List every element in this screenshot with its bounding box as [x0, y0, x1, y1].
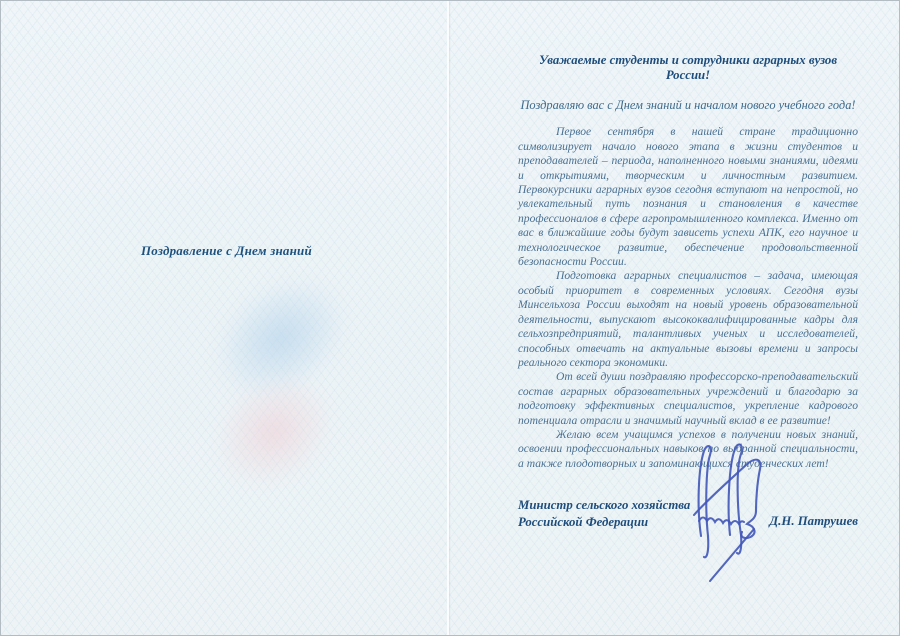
letter-paragraph: От всей души поздравляю профессорско-пре…: [518, 370, 858, 428]
letter-page: Уважаемые студенты и сотрудники аграрных…: [518, 53, 858, 531]
minister-title: Министр сельского хозяйства Российской Ф…: [518, 497, 690, 531]
flag-watermark-pink: [191, 351, 358, 512]
minister-title-line2: Российской Федерации: [518, 514, 690, 531]
minister-title-line1: Министр сельского хозяйства: [518, 497, 690, 514]
cover-title: Поздравление с Днем знаний: [141, 243, 312, 259]
letter-paragraph: Первое сентября в нашей стране традицион…: [518, 125, 858, 269]
signature-autograph: [686, 439, 786, 584]
salutation-line: Уважаемые студенты и сотрудники аграрных…: [518, 53, 858, 83]
greeting-line: Поздравляю вас с Днем знаний и началом н…: [518, 98, 858, 112]
greeting-card-scan: Поздравление с Днем знаний Уважаемые сту…: [0, 0, 900, 636]
signature-block: Министр сельского хозяйства Российской Ф…: [518, 497, 858, 531]
letter-paragraph: Подготовка аграрных специалистов – задач…: [518, 269, 858, 370]
card-fold-line: [447, 1, 449, 635]
flag-watermark-blue: [188, 249, 374, 426]
letter-body: Первое сентября в нашей стране традицион…: [518, 125, 858, 471]
